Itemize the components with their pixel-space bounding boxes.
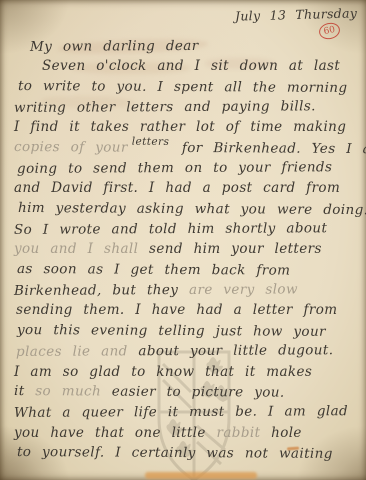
letter-segment: it	[14, 383, 35, 399]
letter-segment: so much	[35, 383, 112, 399]
letter-segment: copies of your	[14, 139, 128, 156]
letter-line: What a queer life it must be. I am glad	[14, 401, 360, 423]
letter-segment: sending them. I have had a letter from	[16, 302, 337, 318]
letter-segment: you this evening telling just how your	[17, 322, 326, 340]
letter-line: as soon as I get them back from	[14, 259, 360, 281]
letter-segment: Seven o'clock and I sit down at last	[42, 58, 340, 74]
letter-segment: as soon as I get them back from	[17, 261, 290, 279]
letter-segment: I am so glad to know that it makes	[14, 364, 312, 380]
letter-line: going to send them on to your friends	[14, 157, 360, 179]
letter-segment: easier to picture you.	[112, 383, 285, 400]
letter-segment: you have that one little	[14, 425, 216, 441]
letter-segment: you and I shall	[14, 241, 149, 257]
letter-line: places lie and about your little dugout.	[14, 340, 360, 362]
letter-line: copies of yourletters for Birkenhead. Ye…	[14, 137, 360, 159]
letter-line: it so much easier to picture you.	[14, 381, 360, 403]
letter-line: him yesterday asking what you were doing…	[14, 198, 360, 220]
letter-line: to write to you. I spent all the morning	[14, 76, 360, 98]
letter-segment: are very slow	[189, 282, 298, 299]
letter-segment: I find it takes rather lot of time makin…	[14, 119, 346, 135]
letter-line: I am so glad to know that it makes	[14, 362, 360, 382]
letter-line: My own darling dear	[14, 35, 360, 57]
bottom-edge-strip	[145, 472, 257, 479]
letter-segment: him yesterday asking what you were doing…	[18, 200, 366, 218]
letter-segment: So I wrote and told him shortly about	[14, 220, 327, 238]
letter-segment: places lie and	[16, 343, 138, 360]
letter-line: you have that one little rabbit hole	[14, 423, 360, 443]
letter-line: you this evening telling just how your	[14, 320, 360, 342]
letter-line: writing other letters and paying bills.	[14, 96, 360, 118]
letter-segment: Birkenhead, but they	[14, 282, 189, 299]
letter-segment: send him your letters	[149, 241, 322, 257]
letter-segment: and David first. I had a post card from	[14, 180, 340, 196]
letter-segment: going to send them on to your friends	[17, 159, 332, 177]
letter-segment: My own darling dear	[30, 38, 199, 55]
letter-line: Birkenhead, but they are very slow	[14, 279, 360, 301]
letter-segment: writing other letters and paying bills.	[14, 98, 316, 116]
letter-line: sending them. I have had a letter from	[14, 300, 360, 320]
letter-date: July 13 Thursday	[235, 5, 357, 23]
letter-segment: for Birkenhead. Yes I am	[171, 140, 366, 157]
letter-segment: to yourself. I certainly was not waiting	[17, 444, 333, 462]
letter-segment: about your little dugout.	[138, 342, 333, 359]
letter-line: So I wrote and told him shortly about	[14, 218, 360, 240]
letter-line: Seven o'clock and I sit down at last	[14, 56, 360, 76]
letter-segment: hole	[271, 425, 302, 441]
letter-page: July 13 Thursday 60 My own darling dearS…	[0, 0, 366, 480]
letter-line: you and I shall send him your letters	[14, 239, 360, 259]
letter-line: and David first. I had a post card from	[14, 178, 360, 198]
letter-line: to yourself. I certainly was not waiting	[14, 442, 360, 464]
letter-segment: to write to you. I spent all the morning	[18, 78, 348, 96]
letter-body: My own darling dearSeven o'clock and I s…	[14, 36, 360, 463]
letter-segment: rabbit	[216, 425, 271, 441]
letter-segment: What a queer life it must be. I am glad	[14, 403, 348, 421]
letter-line: I find it takes rather lot of time makin…	[14, 117, 360, 137]
